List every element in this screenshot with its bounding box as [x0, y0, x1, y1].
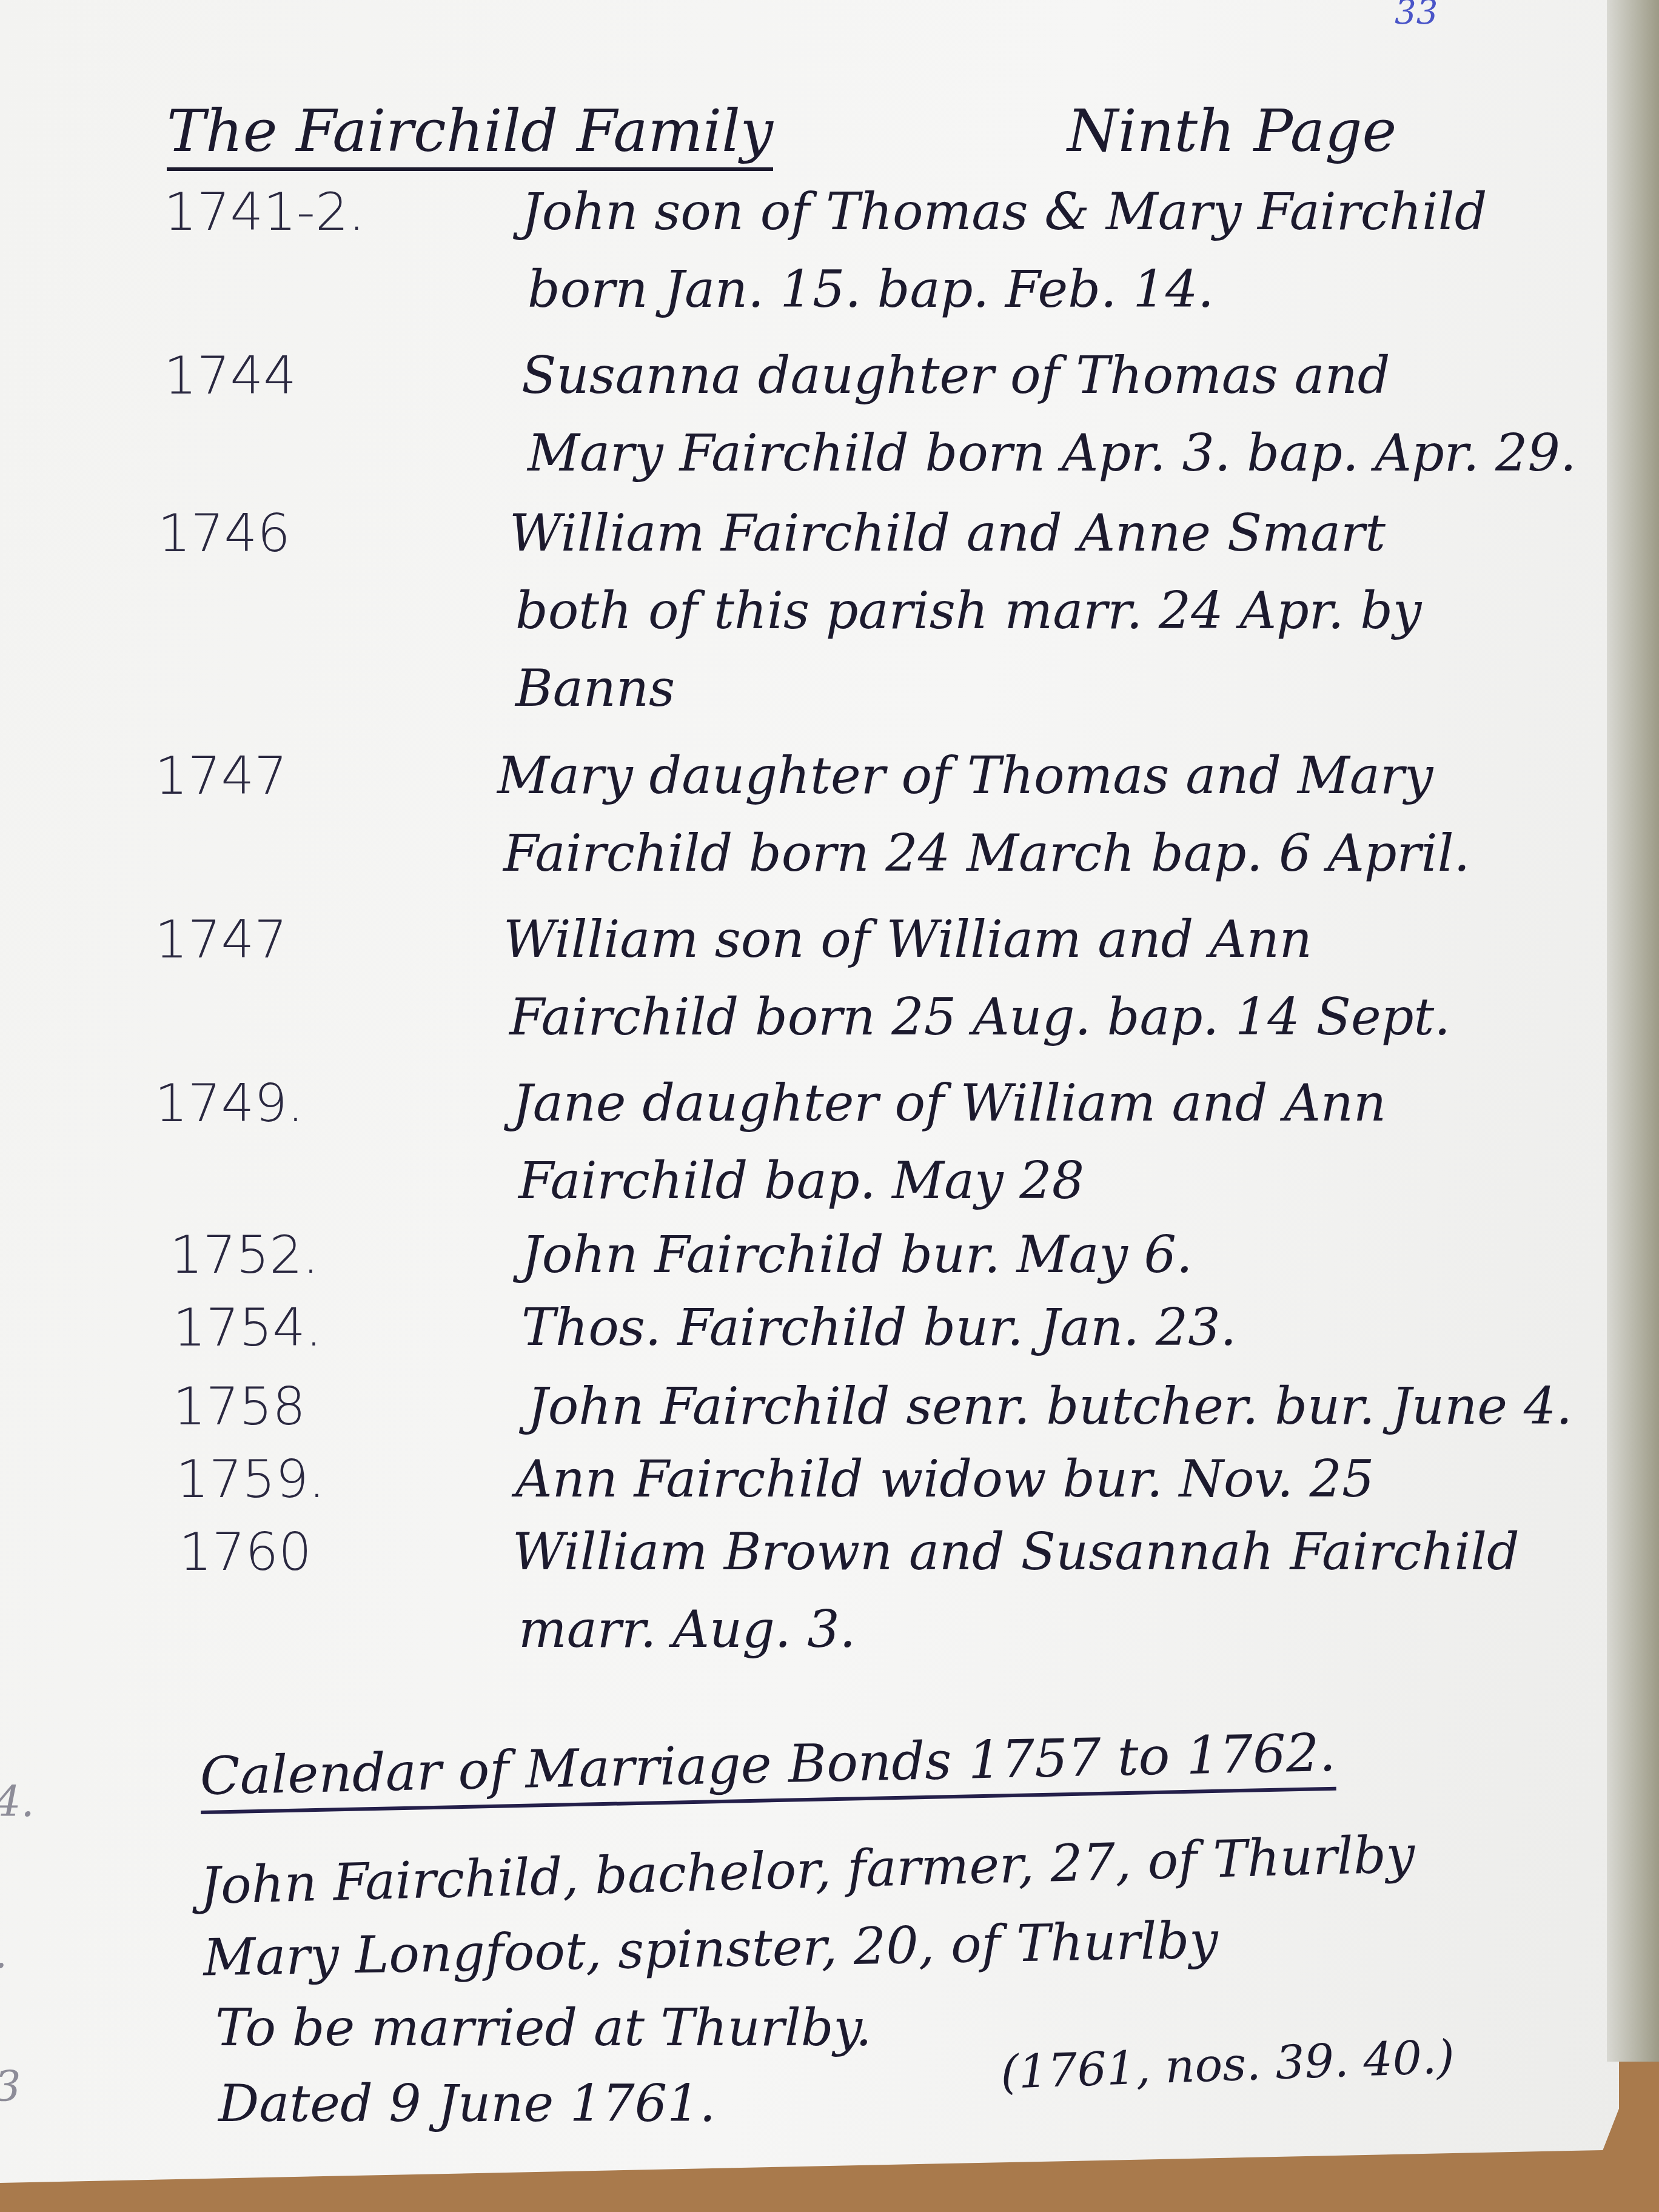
page-edge	[1607, 0, 1659, 2062]
entry-text: William son of William and Ann	[503, 910, 1312, 969]
entry-text: John Fairchild bur. May 6.	[521, 1225, 1193, 1284]
bond-line: Dated 9 June 1761.	[218, 2074, 716, 2133]
entry-text: Fairchild bap. May 28	[518, 1151, 1084, 1210]
entry-text: Thos. Fairchild bur. Jan. 23.	[521, 1298, 1236, 1357]
entry-year: 1747	[155, 910, 287, 970]
entry-year: 1752.	[170, 1225, 319, 1285]
entry-year: 1749.	[155, 1073, 304, 1134]
page-subtitle: Ninth Page	[1067, 97, 1396, 165]
entry-text: Mary daughter of Thomas and Mary	[497, 746, 1433, 805]
margin-mark: 3	[0, 2062, 21, 2111]
entry-text: marr. Aug. 3.	[518, 1600, 856, 1659]
entry-year: 1741-2.	[164, 182, 365, 243]
entry-year: 1760	[179, 1522, 312, 1583]
entry-text: Susanna daughter of Thomas and	[521, 346, 1390, 405]
entry-year: 1759.	[176, 1449, 325, 1510]
entry-text: Banns	[515, 659, 675, 718]
bond-line: To be married at Thurlby.	[215, 1998, 872, 2057]
page-number: 33	[1395, 0, 1438, 32]
entry-text: Fairchild born 25 Aug. bap. 14 Sept.	[509, 987, 1450, 1047]
entry-text: Mary Fairchild born Apr. 3. bap. Apr. 29…	[528, 423, 1577, 483]
page-title: The Fairchild Family	[167, 97, 773, 171]
entry-text: Jane daughter of William and Ann	[512, 1073, 1386, 1133]
entry-year: 1758	[173, 1376, 306, 1437]
entry-year: 1754.	[173, 1298, 322, 1358]
entry-text: John Fairchild senr. butcher. bur. June …	[528, 1376, 1572, 1436]
entry-text: both of this parish marr. 24 Apr. by	[515, 581, 1421, 640]
entry-year: 1744	[164, 346, 297, 406]
margin-mark: .	[0, 1928, 7, 1978]
entry-text: William Brown and Susannah Fairchild	[512, 1522, 1520, 1581]
entry-text: Fairchild born 24 March bap. 6 April.	[503, 823, 1470, 883]
entry-text: born Jan. 15. bap. Feb. 14.	[528, 260, 1214, 319]
entry-text: William Fairchild and Anne Smart	[509, 503, 1386, 563]
entry-year: 1746	[158, 503, 290, 564]
entry-text: John son of Thomas & Mary Fairchild	[521, 182, 1487, 241]
margin-mark: 4.	[0, 1777, 35, 1826]
entry-text: Ann Fairchild widow bur. Nov. 25	[515, 1449, 1374, 1509]
entry-year: 1747	[155, 746, 287, 806]
